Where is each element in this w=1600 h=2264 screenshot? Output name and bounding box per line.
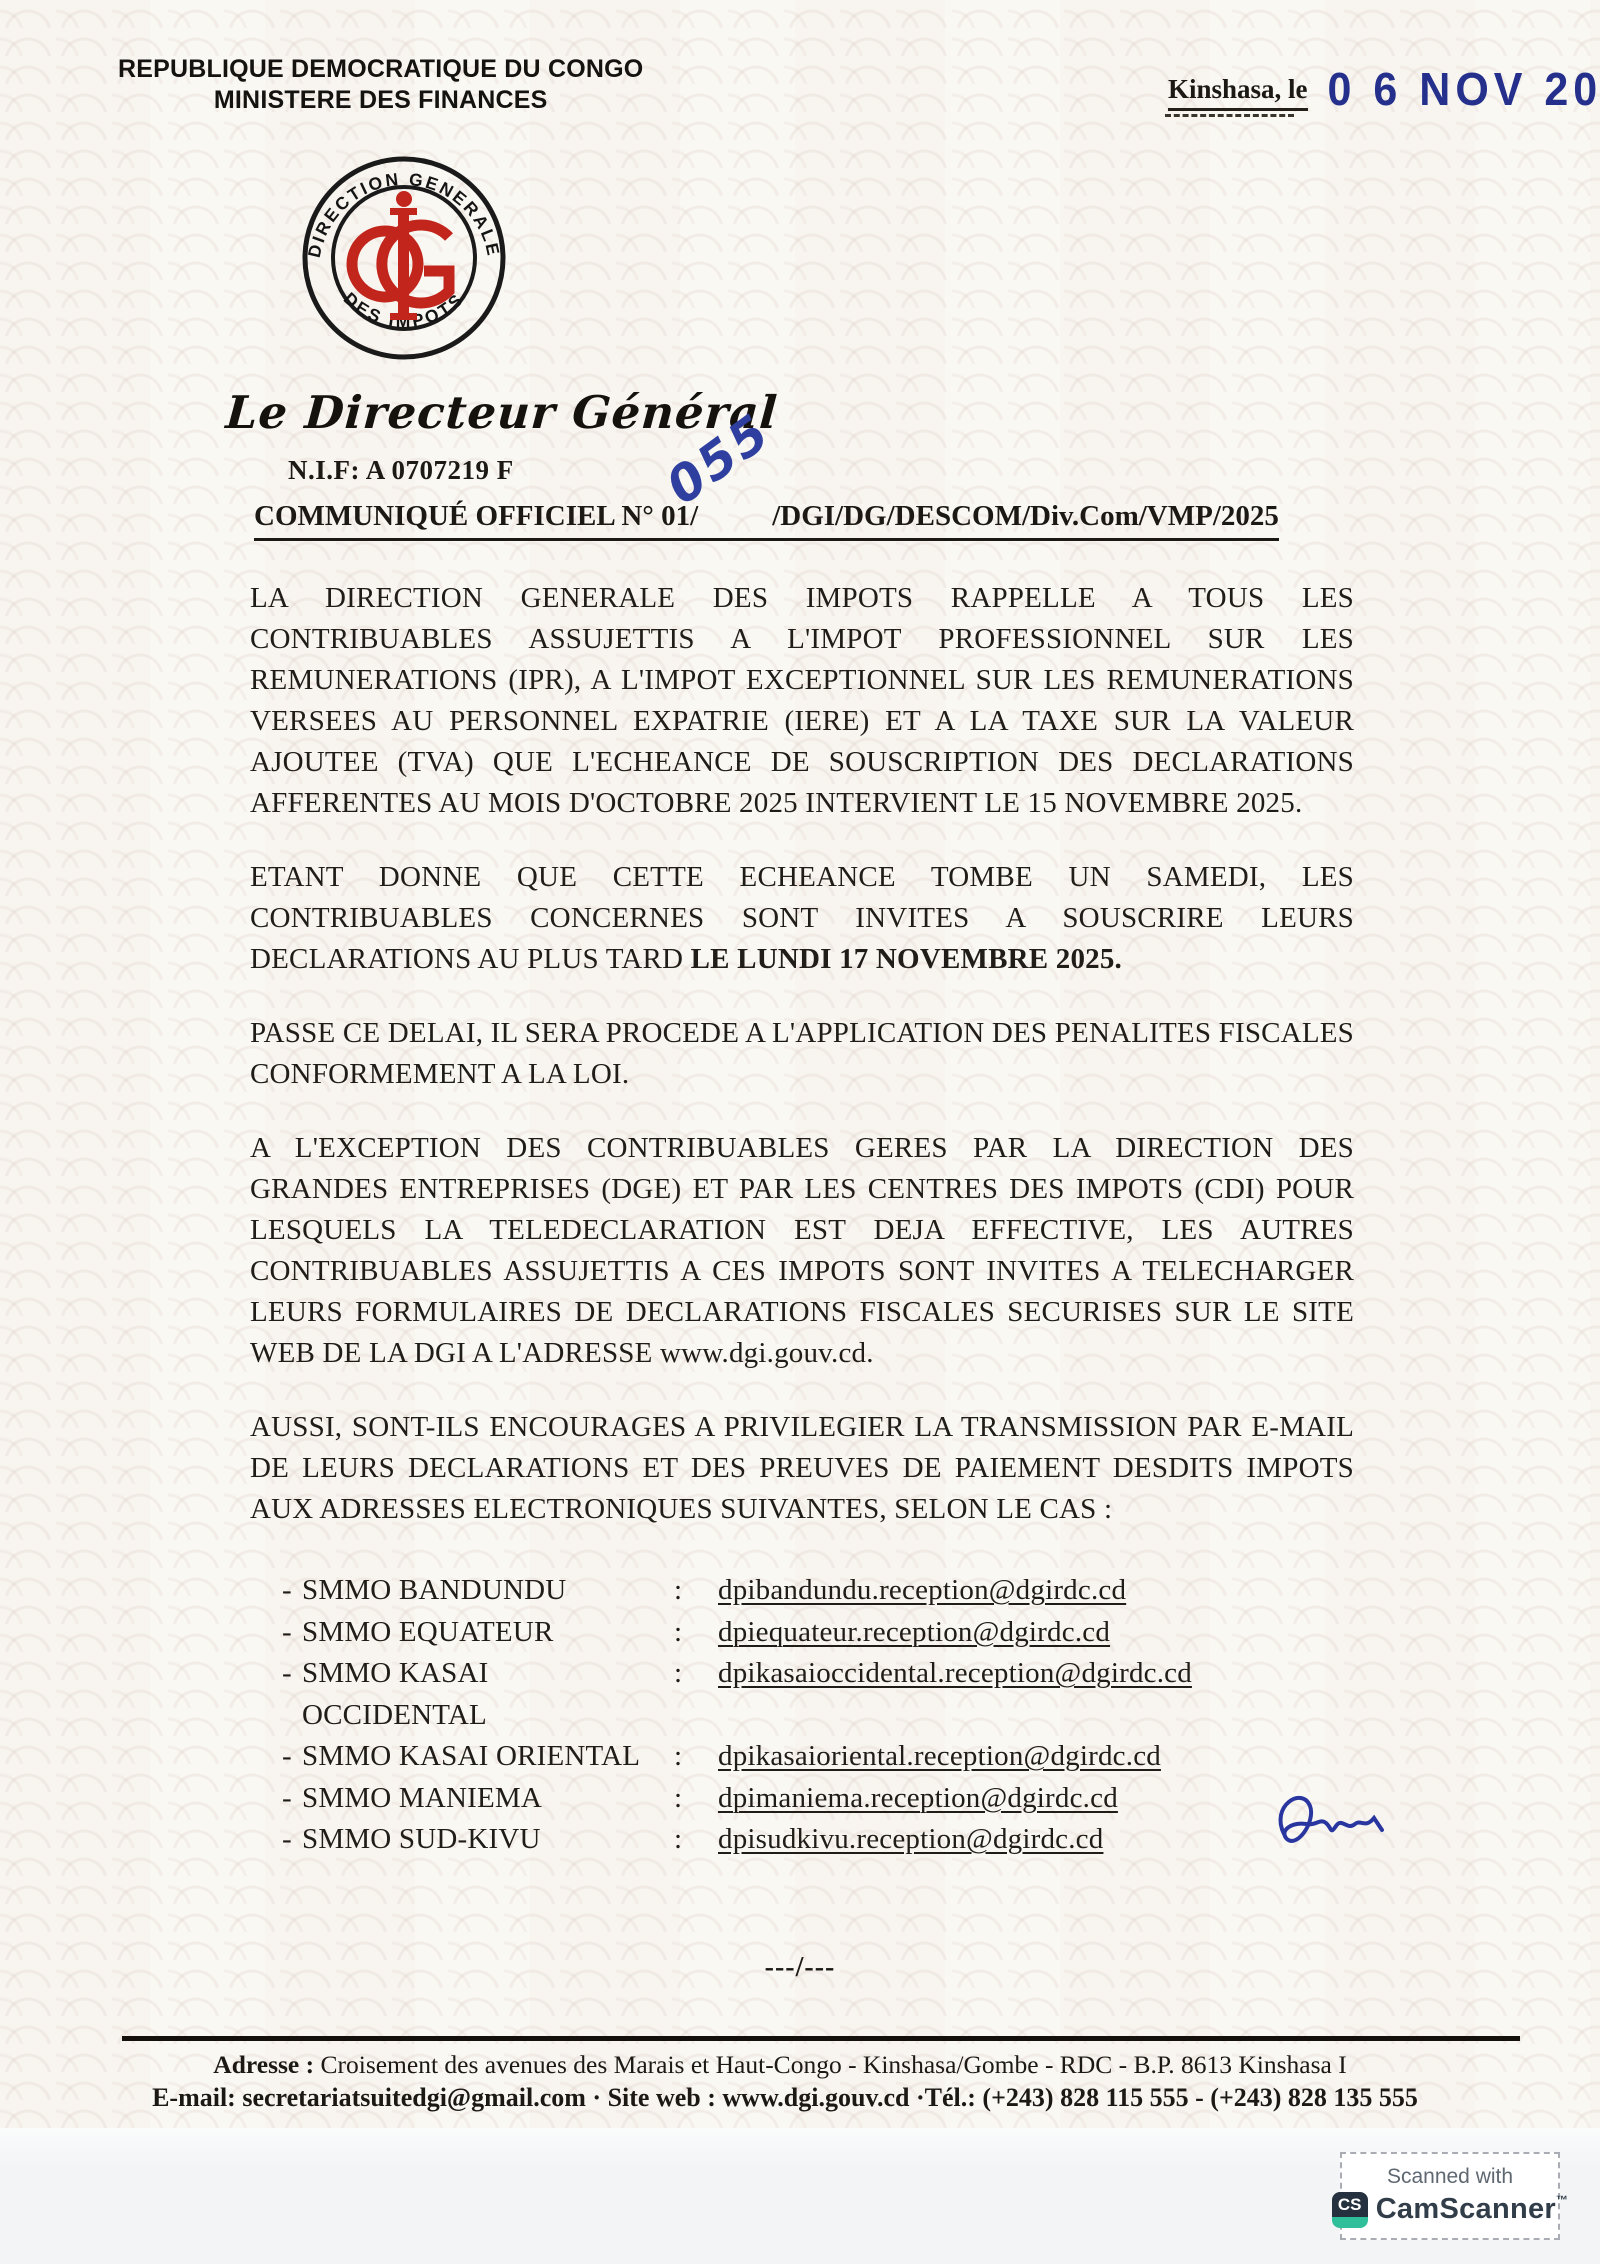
- subject-line: COMMUNIQUÉ OFFICIEL N° 01//DGI/DG/DESCOM…: [254, 500, 1279, 541]
- list-item: - SMMO EQUATEUR : dpiequateur.reception@…: [250, 1612, 1354, 1654]
- smmo-email-link[interactable]: dpikasaioriental.reception@dgirdc.cd: [718, 1736, 1161, 1778]
- smmo-label: SMMO MANIEMA: [302, 1778, 674, 1820]
- smmo-email-link[interactable]: dpimaniema.reception@dgirdc.cd: [718, 1778, 1118, 1820]
- paragraph-text: A L'EXCEPTION DES CONTRIBUABLES GERES PA…: [250, 1132, 1354, 1369]
- ministry-name: MINISTERE DES FINANCES: [118, 85, 643, 116]
- bullet-dash: -: [250, 1819, 302, 1861]
- bullet-dash: -: [250, 1653, 302, 1736]
- body-paragraph-email-transmission: AUSSI, SONT-ILS ENCOURAGES A PRIVILEGIER…: [250, 1407, 1354, 1530]
- email-label: E-mail:: [152, 2083, 236, 2112]
- scanned-official-communique: REPUBLIQUE DEMOCRATIQUE DU CONGO MINISTE…: [0, 0, 1600, 2264]
- camscanner-badge: Scanned with CS CamScanner™: [1340, 2152, 1560, 2240]
- subject-prefix: COMMUNIQUÉ OFFICIEL N° 01/: [254, 500, 698, 532]
- bullet-dash: -: [250, 1736, 302, 1778]
- footer-site-tel: · Site web : www.dgi.gouv.cd ·Tél.: (+24…: [586, 2083, 1418, 2112]
- colon: :: [674, 1612, 718, 1654]
- smmo-label: SMMO EQUATEUR: [302, 1612, 674, 1654]
- sender-title: Le Directeur Général: [224, 386, 779, 439]
- deadline-date-bold: LE LUNDI 17 NOVEMBRE 2025.: [691, 943, 1122, 975]
- letter-body: LA DIRECTION GENERALE DES IMPOTS RAPPELL…: [250, 578, 1354, 1861]
- body-paragraph-saturday: ETANT DONNE QUE CETTE ECHEANCE TOMBE UN …: [250, 857, 1354, 980]
- trademark-symbol: ™: [1556, 2193, 1568, 2207]
- address-label: Adresse :: [213, 2050, 314, 2079]
- camscanner-name: CamScanner™: [1376, 2193, 1569, 2226]
- body-paragraph-penalties: PASSE CE DELAI, IL SERA PROCEDE A L'APPL…: [250, 1013, 1354, 1095]
- smmo-email-link[interactable]: dpibandundu.reception@dgirdc.cd: [718, 1570, 1126, 1612]
- scanned-with-label: Scanned with: [1387, 2165, 1513, 2189]
- camscanner-app-icon: CS: [1332, 2192, 1368, 2228]
- body-paragraph-deadline: LA DIRECTION GENERALE DES IMPOTS RAPPELL…: [250, 578, 1354, 824]
- colon: :: [674, 1819, 718, 1861]
- smmo-label: SMMO KASAI OCCIDENTAL: [302, 1653, 674, 1736]
- smmo-email-list: - SMMO BANDUNDU : dpibandundu.reception@…: [250, 1570, 1354, 1861]
- closing-mark: ---/---: [0, 1952, 1600, 1984]
- dgi-website-link[interactable]: www.dgi.gouv.cd.: [660, 1337, 874, 1369]
- camscanner-brand: CS CamScanner™: [1332, 2192, 1569, 2228]
- colon: :: [674, 1570, 718, 1612]
- colon: :: [674, 1653, 718, 1736]
- bullet-dash: -: [250, 1778, 302, 1820]
- smmo-label: SMMO SUD-KIVU: [302, 1819, 674, 1861]
- nif-number: N.I.F: A 0707219 F: [288, 455, 514, 486]
- footer-email-link[interactable]: secretariatsuitedgi@gmail.com: [236, 2083, 586, 2112]
- footer-divider: [122, 2036, 1520, 2041]
- list-item: - SMMO MANIEMA : dpimaniema.reception@dg…: [250, 1778, 1354, 1820]
- list-item: - SMMO KASAI ORIENTAL : dpikasaioriental…: [250, 1736, 1354, 1778]
- body-paragraph-teledeclaration: A L'EXCEPTION DES CONTRIBUABLES GERES PA…: [250, 1128, 1354, 1374]
- country-name: REPUBLIQUE DEMOCRATIQUE DU CONGO: [118, 54, 643, 85]
- date-stamp: 0 6 NOV 2025: [1328, 64, 1600, 117]
- address-text: Croisement des avenues des Marais et Hau…: [314, 2050, 1347, 2079]
- footer-contacts: E-mail: secretariatsuitedgi@gmail.com · …: [0, 2083, 1570, 2113]
- colon: :: [674, 1736, 718, 1778]
- list-item: - SMMO SUD-KIVU : dpisudkivu.reception@d…: [250, 1819, 1354, 1861]
- ink-signature: [1262, 1778, 1396, 1870]
- government-header: REPUBLIQUE DEMOCRATIQUE DU CONGO MINISTE…: [118, 54, 643, 116]
- scanner-margin-strip: Scanned with CS CamScanner™: [0, 2128, 1600, 2264]
- smmo-label: SMMO KASAI ORIENTAL: [302, 1736, 674, 1778]
- date-block: Kinshasa, le 0 6 NOV 2025: [1168, 66, 1600, 111]
- smmo-email-link[interactable]: dpikasaioccidental.reception@dgirdc.cd: [718, 1653, 1192, 1736]
- list-item: - SMMO BANDUNDU : dpibandundu.reception@…: [250, 1570, 1354, 1612]
- camscanner-text: CamScanner: [1376, 2193, 1556, 2225]
- smmo-email-link[interactable]: dpiequateur.reception@dgirdc.cd: [718, 1612, 1110, 1654]
- footer-address: Adresse : Croisement des avenues des Mar…: [0, 2050, 1560, 2080]
- dgi-seal-icon: DGI DIRECTION GENERALE DES IMPOTS: [298, 152, 510, 364]
- bullet-dash: -: [250, 1612, 302, 1654]
- smmo-label: SMMO BANDUNDU: [302, 1570, 674, 1612]
- smmo-email-link[interactable]: dpisudkivu.reception@dgirdc.cd: [718, 1819, 1103, 1861]
- place-date-label: Kinshasa, le: [1168, 74, 1308, 111]
- bullet-dash: -: [250, 1570, 302, 1612]
- list-item: - SMMO KASAI OCCIDENTAL : dpikasaioccide…: [250, 1653, 1354, 1736]
- subject-suffix: /DGI/DG/DESCOM/Div.Com/VMP/2025: [772, 500, 1279, 532]
- colon: :: [674, 1778, 718, 1820]
